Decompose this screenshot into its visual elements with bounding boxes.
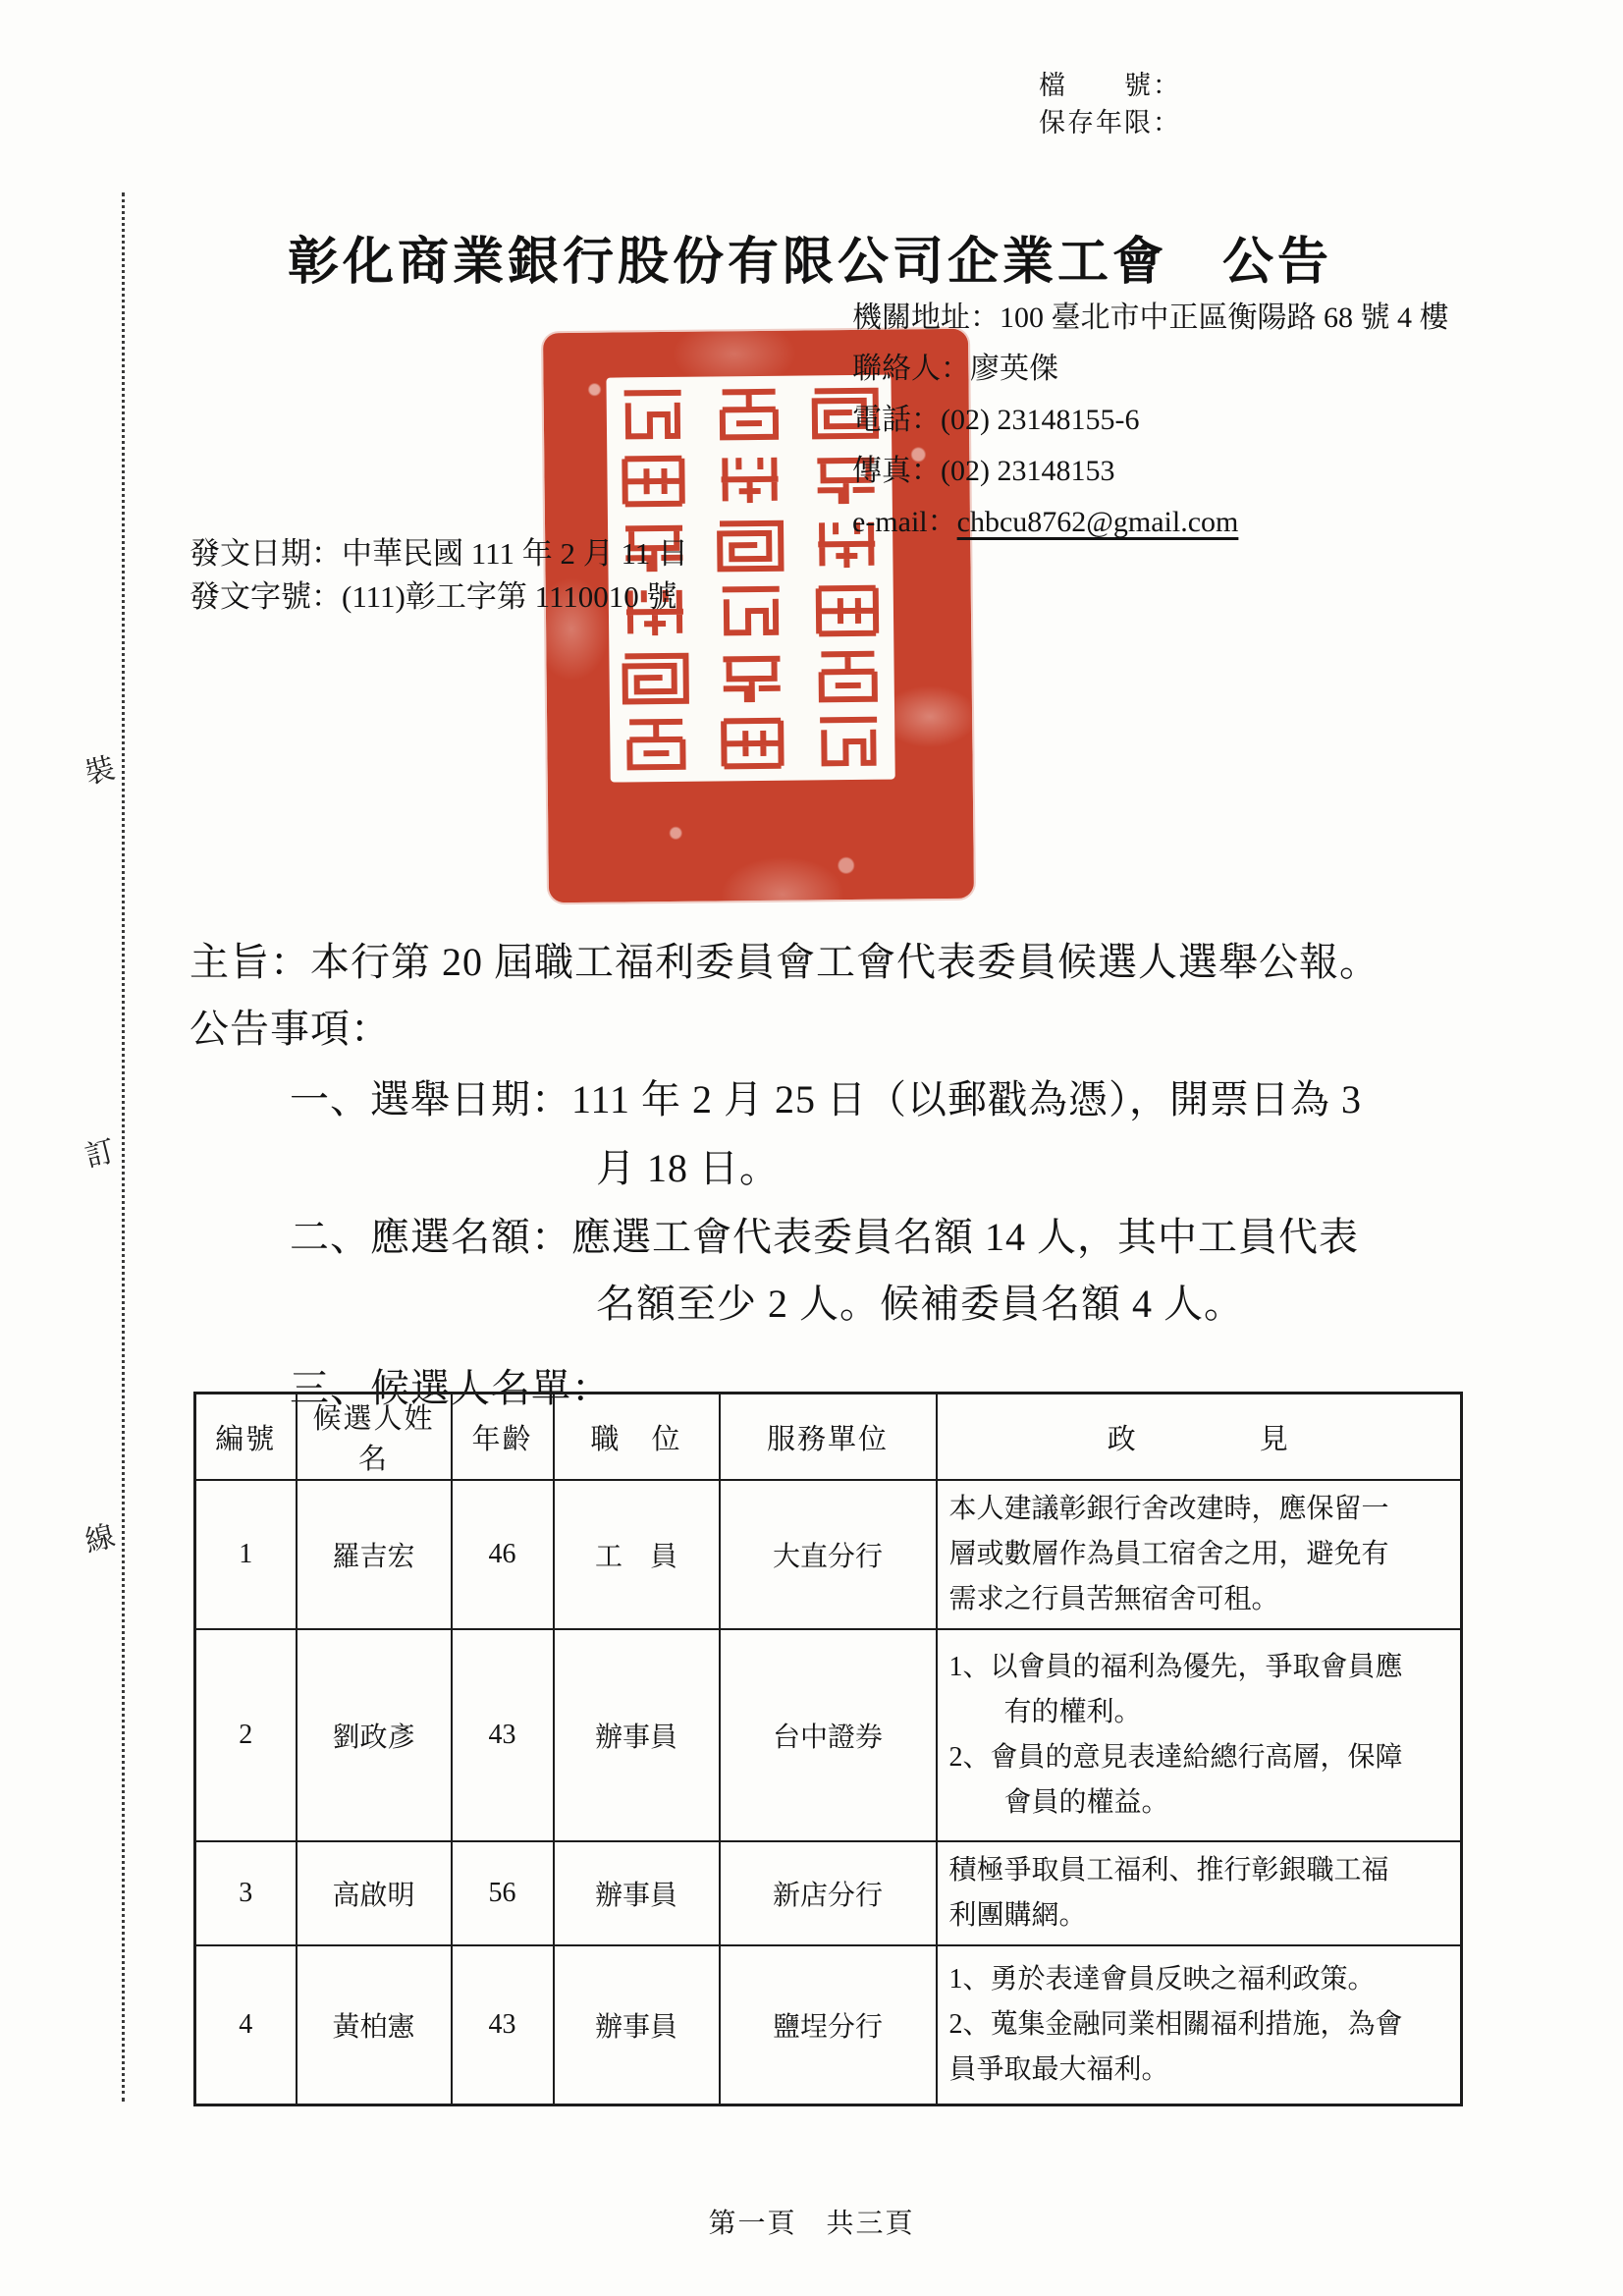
candidate-name: 羅吉宏	[297, 1480, 452, 1629]
candidates-table: 編號 候選人姓名 年齡 職 位 服務單位 政 見 1 羅吉宏 46 工 員 大直…	[193, 1392, 1463, 2106]
item1-line1: 一、選舉日期：111 年 2 月 25 日（以郵戳為憑），開票日為 3	[290, 1068, 1362, 1124]
issue-block: 發文日期：中華民國 111 年 2 月 11 日 發文字號：(111)彰工字第 …	[189, 532, 688, 619]
issue-number: 發文字號：(111)彰工字第 1110010 號	[189, 575, 688, 619]
table-row: 4 黃柏憲 43 辦事員 鹽埕分行 1、勇於表達會員反映之福利政策。 2、蒐集金…	[195, 1945, 1462, 2105]
contact-fax: 傳真：(02) 23148153	[852, 446, 1449, 497]
candidate-number: 1	[195, 1480, 297, 1629]
page-title: 彰化商業銀行股份有限公司企業工會 公告	[177, 220, 1443, 294]
issue-date: 發文日期：中華民國 111 年 2 月 11 日	[189, 532, 688, 575]
contact-email-line: e-mail：chbcu8762@gmail.com	[852, 497, 1449, 548]
candidate-name: 黃柏憲	[297, 1945, 452, 2105]
candidate-unit: 新店分行	[720, 1841, 937, 1945]
candidate-age: 46	[452, 1480, 554, 1629]
candidate-platform: 1、勇於表達會員反映之福利政策。 2、蒐集金融同業相關福利措施，為會 員爭取最大…	[937, 1945, 1462, 2105]
archive-number-label: 檔 號：	[1039, 67, 1181, 104]
candidate-position: 辦事員	[554, 1629, 720, 1841]
candidate-name: 高啟明	[297, 1841, 452, 1945]
header-age: 年齡	[452, 1394, 554, 1481]
binding-mark-ding: 訂	[80, 1126, 119, 1175]
candidate-age: 43	[452, 1945, 554, 2105]
candidate-position: 工 員	[554, 1480, 720, 1629]
email-address: chbcu8762@gmail.com	[957, 506, 1239, 538]
announcement-document-page: 檔 號： 保存年限： 彰化商業銀行股份有限公司企業工會 公告 機關地址：100 …	[0, 0, 1623, 2296]
candidate-number: 4	[195, 1945, 297, 2105]
header-service-unit: 服務單位	[720, 1394, 937, 1481]
candidate-unit: 鹽埕分行	[720, 1945, 937, 2105]
candidate-unit: 台中證券	[720, 1629, 937, 1841]
candidate-age: 56	[452, 1841, 554, 1945]
archive-block: 檔 號： 保存年限：	[1039, 67, 1181, 141]
candidate-age: 43	[452, 1629, 554, 1841]
table-row: 2 劉政彥 43 辦事員 台中證券 1、以會員的福利為優先，爭取會員應 有的權利…	[195, 1629, 1462, 1841]
candidate-name: 劉政彥	[297, 1629, 452, 1841]
email-label: e-mail：	[852, 506, 957, 538]
candidate-position: 辦事員	[554, 1841, 720, 1945]
header-position: 職 位	[554, 1394, 720, 1481]
candidate-number: 3	[195, 1841, 297, 1945]
contact-phone: 電話：(02) 23148155-6	[852, 395, 1449, 446]
candidate-unit: 大直分行	[720, 1480, 937, 1629]
retention-period-label: 保存年限：	[1039, 104, 1181, 141]
candidate-number: 2	[195, 1629, 297, 1841]
table-row: 1 羅吉宏 46 工 員 大直分行 本人建議彰銀行舍改建時，應保留一 層或數層作…	[195, 1480, 1462, 1629]
candidate-platform: 本人建議彰銀行舍改建時，應保留一 層或數層作為員工宿舍之用，避免有 需求之行員苦…	[937, 1480, 1462, 1629]
binding-mark-zhuang: 裝	[80, 743, 119, 793]
contact-block: 機關地址：100 臺北市中正區衡陽路 68 號 4 樓 聯絡人：廖英傑 電話：(…	[852, 293, 1449, 548]
binding-mark-xian: 線	[80, 1511, 119, 1560]
item1-line2: 月 18 日。	[596, 1137, 780, 1193]
candidate-platform: 積極爭取員工福利、推行彰銀職工福 利團購網。	[937, 1841, 1462, 1945]
binding-dotted-line	[122, 192, 125, 2102]
agency-address: 機關地址：100 臺北市中正區衡陽路 68 號 4 樓	[852, 293, 1449, 344]
table-header-row: 編號 候選人姓名 年齡 職 位 服務單位 政 見	[195, 1394, 1462, 1481]
item2-line1: 二、應選名額：應選工會代表委員名額 14 人，其中工員代表	[290, 1206, 1359, 1262]
candidate-position: 辦事員	[554, 1945, 720, 2105]
header-number: 編號	[195, 1394, 297, 1481]
header-candidate-name: 候選人姓名	[297, 1394, 452, 1481]
announcement-items-label: 公告事項：	[189, 998, 391, 1054]
header-platform: 政 見	[937, 1394, 1462, 1481]
page-number-footer: 第一頁 共三頁	[0, 2202, 1623, 2241]
table-row: 3 高啟明 56 辦事員 新店分行 積極爭取員工福利、推行彰銀職工福 利團購網。	[195, 1841, 1462, 1945]
candidate-platform: 1、以會員的福利為優先，爭取會員應 有的權利。 2、會員的意見表達給總行高層，保…	[937, 1629, 1462, 1841]
subject-line: 主旨：本行第 20 屆職工福利委員會工會代表委員候選人選舉公報。	[189, 931, 1380, 987]
item2-line2: 名額至少 2 人。候補委員名額 4 人。	[596, 1273, 1244, 1329]
contact-person: 聯絡人：廖英傑	[852, 344, 1449, 395]
